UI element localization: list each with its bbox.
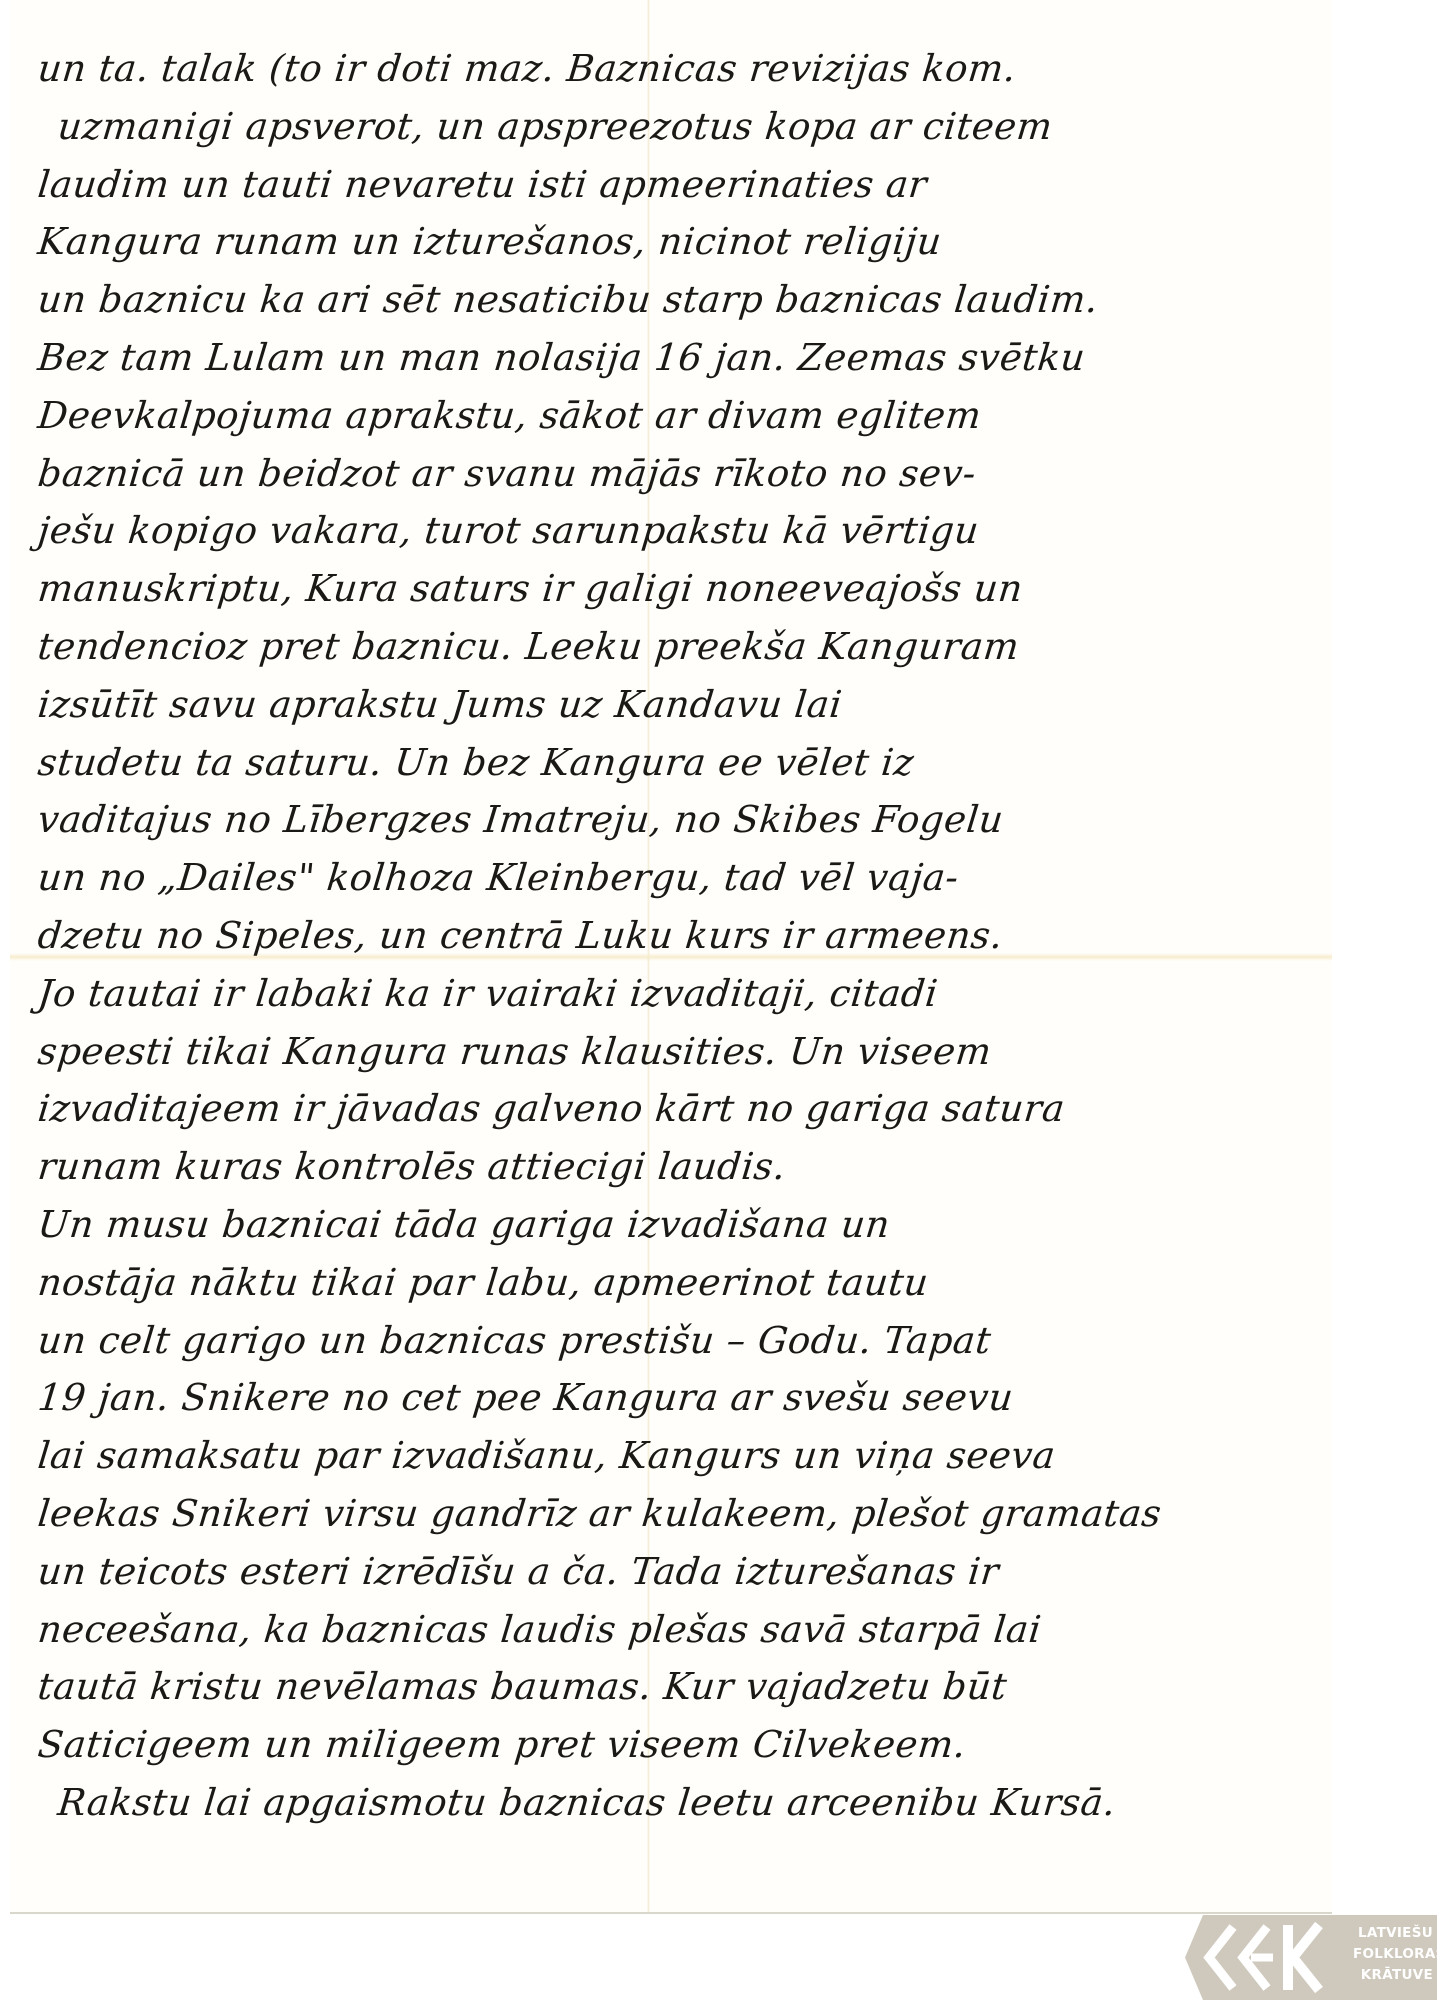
handwritten-line: laudim un tauti nevaretu isti apmeerinat… (35, 156, 1331, 214)
paper-sheet: un ta. talak (to ir doti maz. Baznicas r… (10, 0, 1332, 1914)
watermark-line: KRĀTUVE (1353, 1965, 1433, 1986)
handwritten-line: manuskriptu, Kura saturs ir galigi nonee… (35, 560, 1331, 618)
handwritten-line: un baznicu ka ari sēt nesaticibu starp b… (35, 271, 1331, 329)
handwritten-line: speesti tikai Kangura runas klausities. … (35, 1023, 1331, 1081)
handwritten-line: un no „Dailes" kolhoza Kleinbergu, tad v… (35, 849, 1331, 907)
handwritten-line: leekas Snikeri virsu gandrīz ar kulakeem… (35, 1485, 1331, 1543)
handwritten-line: Deevkalpojuma aprakstu, sākot ar divam e… (35, 387, 1331, 445)
handwritten-line: un teicots esteri izrēdīšu a ča. Tada iz… (35, 1543, 1331, 1601)
handwritten-line: uzmanigi apsverot, un apspreezotus kopa … (35, 98, 1331, 156)
handwritten-line: ješu kopigo vakara, turot sarunpakstu kā… (35, 502, 1331, 560)
handwritten-line: lai samaksatu par izvadišanu, Kangurs un… (35, 1427, 1331, 1485)
watermark-text: LATVIEŠU FOLKLORAS KRĀTUVE (1353, 1923, 1433, 1986)
handwritten-line: dzetu no Sipeles, un centrā Luku kurs ir… (35, 907, 1331, 965)
folklore-archive-watermark: LATVIEŠU FOLKLORAS KRĀTUVE (1185, 1915, 1437, 2000)
handwritten-line: Saticigeem un miligeem pret viseem Cilve… (35, 1716, 1331, 1774)
handwritten-line: 19 jan. Snikere no cet pee Kangura ar sv… (35, 1369, 1331, 1427)
handwritten-line: Un musu baznicai tāda gariga izvadišana … (35, 1196, 1331, 1254)
handwritten-line: studetu ta saturu. Un bez Kangura ee vēl… (35, 734, 1331, 792)
handwritten-line: runam kuras kontrolēs attiecigi laudis. (35, 1138, 1331, 1196)
handwritten-line: baznicā un beidzot ar svanu mājās rīkoto… (35, 445, 1331, 503)
watermark-line: FOLKLORAS (1353, 1944, 1433, 1965)
handwritten-line: Jo tautai ir labaki ka ir vairaki izvadi… (35, 965, 1331, 1023)
handwritten-line: Kangura runam un izturešanos, nicinot re… (35, 213, 1331, 271)
handwritten-line: tautā kristu nevēlamas baumas. Kur vajad… (35, 1658, 1331, 1716)
handwritten-line: izvaditajeem ir jāvadas galveno kārt no … (35, 1080, 1331, 1138)
handwritten-line: Bez tam Lulam un man nolasija 16 jan. Ze… (35, 329, 1331, 387)
handwritten-text-body: un ta. talak (to ir doti maz. Baznicas r… (38, 40, 1328, 1832)
handwritten-line: un ta. talak (to ir doti maz. Baznicas r… (35, 40, 1331, 98)
document-page: un ta. talak (to ir doti maz. Baznicas r… (0, 0, 1437, 2000)
watermark-line: LATVIEŠU (1353, 1923, 1433, 1944)
handwritten-line: izsūtīt savu aprakstu Jums uz Kandavu la… (35, 676, 1331, 734)
handwritten-line: un celt garigo un baznicas prestišu – Go… (35, 1312, 1331, 1370)
handwritten-line: vaditajus no Lībergzes Imatreju, no Skib… (35, 791, 1331, 849)
handwritten-line: neceešana, ka baznicas laudis plešas sav… (35, 1601, 1331, 1659)
handwritten-line: tendencioz pret baznicu. Leeku preekša K… (35, 618, 1331, 676)
handwritten-line: Rakstu lai apgaismotu baznicas leetu arc… (35, 1774, 1331, 1832)
handwritten-line: nostāja nāktu tikai par labu, apmeerinot… (35, 1254, 1331, 1312)
